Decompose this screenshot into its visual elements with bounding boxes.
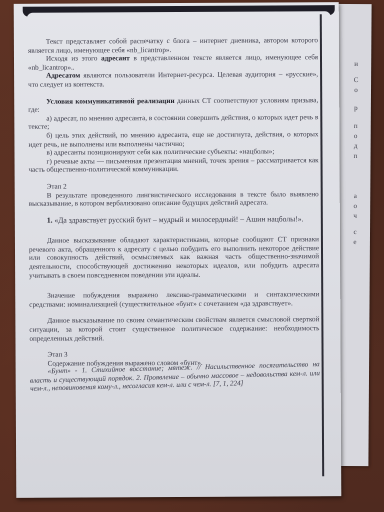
- margin-letter: и: [349, 59, 363, 69]
- margin-letter: е: [348, 237, 362, 247]
- margin-letter: а: [348, 191, 362, 201]
- margin-letter: п: [349, 121, 363, 131]
- paragraph-speech-act: Данное высказывание обладают характерист…: [29, 236, 319, 280]
- margin-letter: ч: [348, 211, 362, 221]
- scan-dark-edge: [23, 5, 335, 17]
- margin-text-column: и С о р п о д п а о ч с е: [348, 59, 363, 247]
- list-item: а) адресат, по мнению адресанта, в состо…: [28, 113, 318, 132]
- margin-letter: С: [349, 75, 363, 85]
- margin-letter: с: [348, 227, 362, 237]
- document-page: Текст представляет собой распечатку с бл…: [14, 2, 342, 498]
- paragraph-addressee: Адресатом являются пользователи Интернет…: [28, 71, 318, 90]
- term-addressee: Адресатом: [46, 72, 80, 80]
- text: Исходя из этого: [46, 55, 101, 63]
- margin-letter: п: [349, 151, 363, 161]
- paragraph-addresser: Исходя из этого адресант в представленно…: [28, 53, 318, 72]
- list-item: б) цель этих действий, по мнению адресан…: [28, 130, 318, 149]
- margin-letter: р: [349, 103, 363, 113]
- margin-letter: о: [349, 85, 363, 95]
- quote-text: «Да здравствует русский бунт – мудрый и …: [53, 214, 304, 224]
- term-conditions: Условия коммуникативной реализации: [46, 97, 174, 106]
- paragraph-meaning: Значение побуждения выражено лексико-гра…: [29, 291, 319, 310]
- term-addresser: адресант: [101, 54, 130, 62]
- paragraph-stage-2: В результате проведенного лингвистическо…: [29, 190, 319, 209]
- paragraph-intro: Текст представляет собой распечатку с бл…: [28, 36, 318, 55]
- list-item: г) речевые акты — письменная презентация…: [29, 156, 319, 175]
- margin-letter: о: [348, 201, 362, 211]
- paragraph-conditions: Условия коммуникативной реализации данны…: [28, 96, 318, 115]
- page-binding-line: [320, 14, 324, 476]
- margin-letter: о: [349, 131, 363, 141]
- document-body: Текст представляет собой распечатку с бл…: [28, 36, 320, 394]
- margin-letter: д: [349, 141, 363, 151]
- paragraph-semantics: Данное высказывание по своим семантическ…: [29, 316, 319, 343]
